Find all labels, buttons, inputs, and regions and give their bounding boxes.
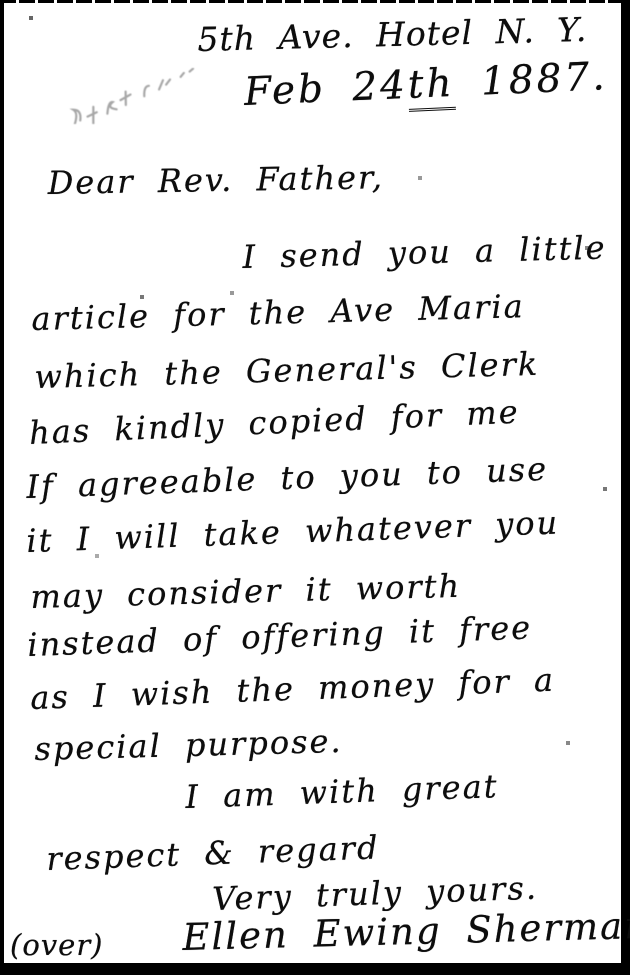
closing-line-1: respect & regard bbox=[46, 828, 380, 878]
body-line-0: I send you a little bbox=[242, 228, 607, 276]
body-line-3: has kindly copied for me bbox=[28, 393, 520, 452]
body-line-7: instead of offering it free bbox=[27, 608, 533, 664]
pencil-smudge-mark bbox=[52, 68, 222, 124]
scanned-letter-page: 5th Ave. Hotel N. Y. Feb 24th 1887. Dear… bbox=[0, 0, 630, 975]
body-line-8: as I wish the money for a bbox=[30, 661, 556, 717]
scan-border-right bbox=[621, 0, 630, 975]
scan-border-left bbox=[0, 0, 4, 975]
paper-specks bbox=[0, 0, 2, 2]
body-line-1: article for the Ave Maria bbox=[31, 287, 525, 338]
body-line-6: may consider it worth bbox=[30, 567, 462, 616]
salutation-line: Dear Rev. Father, bbox=[47, 158, 384, 202]
body-line-5: it I will take whatever you bbox=[26, 503, 560, 560]
date-day: Feb 24 bbox=[243, 63, 409, 115]
over-note: (over) bbox=[10, 928, 104, 962]
body-line-9: special purpose. bbox=[34, 722, 343, 768]
scan-border-top bbox=[0, 0, 630, 3]
scan-border-bottom bbox=[0, 963, 630, 975]
date-ordinal: th bbox=[407, 61, 456, 112]
date-line: Feb 24th 1887. bbox=[243, 54, 608, 115]
letterhead-line: 5th Ave. Hotel N. Y. bbox=[197, 10, 588, 59]
body-line-4: If agreeable to you to use bbox=[26, 450, 549, 506]
date-year: 1887. bbox=[454, 54, 609, 106]
body-line-2: which the General's Clerk bbox=[34, 345, 540, 396]
closing-line-0: I am with great bbox=[185, 767, 499, 816]
